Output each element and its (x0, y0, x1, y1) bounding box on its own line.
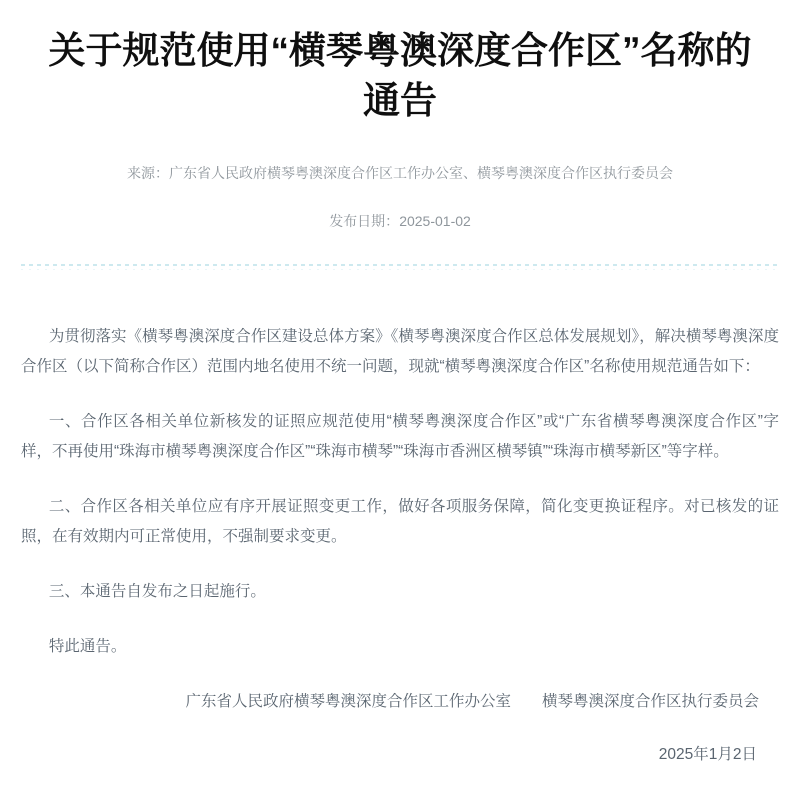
page-title-line2: 通告 (363, 80, 437, 121)
body-paragraph: 特此通告。 (21, 632, 779, 662)
signature-date: 2025年1月2日 (21, 740, 779, 770)
signature-line: 广东省人民政府横琴粤澳深度合作区工作办公室 横琴粤澳深度合作区执行委员会 (21, 687, 779, 717)
publish-date-line: 发布日期：2025-01-02 (21, 211, 779, 231)
article-body: 为贯彻落实《横琴粤澳深度合作区建设总体方案》《横琴粤澳深度合作区总体发展规划》，… (21, 322, 779, 662)
body-paragraph: 二、合作区各相关单位应有序开展证照变更工作，做好各项服务保障，简化变更换证程序。… (21, 492, 779, 552)
body-paragraph: 为贯彻落实《横琴粤澳深度合作区建设总体方案》《横琴粤澳深度合作区总体发展规划》，… (21, 322, 779, 382)
body-paragraph: 一、合作区各相关单位新核发的证照应规范使用“横琴粤澳深度合作区”或“广东省横琴粤… (21, 407, 779, 467)
publish-date-label: 发布日期： (329, 213, 399, 229)
source-label: 来源： (127, 165, 169, 181)
dashed-divider (21, 264, 779, 270)
body-paragraph: 三、本通告自发布之日起施行。 (21, 577, 779, 607)
page-title-line1: 关于规范使用“横琴粤澳深度合作区”名称的 (49, 30, 752, 71)
page-title: 关于规范使用“横琴粤澳深度合作区”名称的 通告 (31, 26, 769, 126)
signature-org-primary: 广东省人民政府横琴粤澳深度合作区工作办公室 (185, 687, 511, 717)
publish-date-value: 2025-01-02 (399, 213, 471, 229)
source-line: 来源：广东省人民政府横琴粤澳深度合作区工作办公室、横琴粤澳深度合作区执行委员会 (21, 163, 779, 183)
source-value: 广东省人民政府横琴粤澳深度合作区工作办公室、横琴粤澳深度合作区执行委员会 (169, 165, 673, 181)
notice-page: 关于规范使用“横琴粤澳深度合作区”名称的 通告 来源：广东省人民政府横琴粤澳深度… (0, 26, 800, 770)
signature-org-secondary: 横琴粤澳深度合作区执行委员会 (542, 687, 759, 717)
